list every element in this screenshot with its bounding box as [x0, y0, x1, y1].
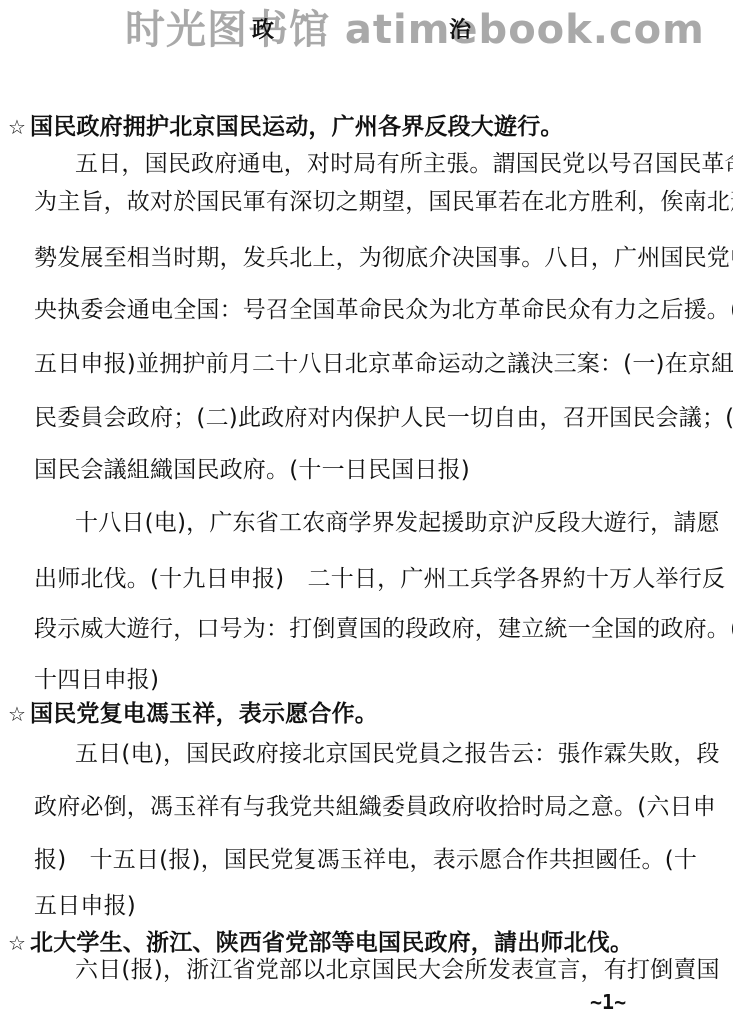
running-head-left: 政: [252, 18, 274, 42]
paragraph-line: 十八日(电)，广东省工农商学界发起援助京沪反段大遊行，請愿: [75, 509, 720, 537]
paragraph-line: 报) 十五日(报)，国民党复馮玉祥电，表示愿合作共担國任。(十: [34, 846, 697, 874]
paragraph-line: 为主旨，故对於国民軍有深切之期望，国民軍若在北方胜利，俟南北形: [34, 188, 733, 216]
section-heading: ☆国民党复电馮玉祥，表示愿合作。: [8, 700, 378, 728]
paragraph-line: 勢发展至相当时期，发兵北上，为彻底介决国事。八日，广州国民党中: [34, 244, 733, 272]
watermark-text: 时光图书馆 atimebook.com: [125, 8, 705, 52]
star-icon: ☆: [8, 929, 30, 957]
paragraph-line: 出师北伐。(十九日申报) 二十日，广州工兵学各界約十万人举行反: [34, 565, 725, 593]
paragraph-line: 十四日申报): [34, 666, 159, 694]
section-heading: ☆北大学生、浙江、陕西省党部等电国民政府，請出师北伐。: [8, 929, 633, 957]
section-heading-text: 国民政府拥护北京国民运动，广州各界反段大遊行。: [30, 114, 564, 140]
paragraph-line: 六日(报)，浙江省党部以北京国民大会所发表宣言，有打倒賣国: [75, 956, 720, 984]
paragraph-line: 五日，国民政府通电，对时局有所主張。謂国民党以号召国民革命: [75, 150, 733, 178]
watermark: 时光图书馆 atimebook.com: [0, 6, 733, 56]
paragraph-line: 国民会議組織国民政府。(十一日民国日报): [34, 456, 470, 484]
page-number: ~1~: [590, 990, 626, 1014]
paragraph-line: 民委員会政府；(二)此政府对内保护人民一切自由，召开国民会議；(三)由: [34, 404, 733, 432]
running-head-right: 治: [449, 18, 471, 42]
star-icon: ☆: [8, 113, 30, 141]
paragraph-line: 五日申报): [34, 892, 136, 920]
paragraph-line: 段示威大遊行，口号为：打倒賣国的段政府，建立統一全国的政府。(二: [34, 615, 733, 643]
paragraph-line: 政府必倒，馮玉祥有与我党共組織委員政府收拾时局之意。(六日申: [34, 793, 716, 821]
paragraph-line: 五日申报)並拥护前月二十八日北京革命运动之議決三案：(一)在京組国: [34, 350, 733, 378]
star-icon: ☆: [8, 700, 30, 728]
paragraph-line: 五日(电)，国民政府接北京国民党員之报告云：張作霖失敗，段: [75, 740, 720, 768]
section-heading-text: 国民党复电馮玉祥，表示愿合作。: [30, 701, 378, 727]
section-heading-text: 北大学生、浙江、陕西省党部等电国民政府，請出师北伐。: [30, 930, 633, 956]
section-heading: ☆国民政府拥护北京国民运动，广州各界反段大遊行。: [8, 113, 564, 141]
paragraph-line: 央执委会通电全国：号召全国革命民众为北方革命民众有力之后援。(十: [34, 296, 733, 324]
